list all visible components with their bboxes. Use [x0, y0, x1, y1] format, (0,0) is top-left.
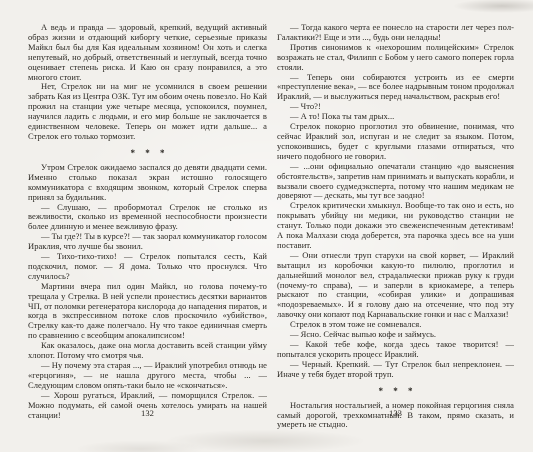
paragraph: — Ну почему эта старая ..., — Ираклий уп… — [28, 361, 267, 391]
section-separator: * * * — [28, 148, 267, 158]
paragraph: — Они отнесли труп старухи на свой корве… — [277, 251, 514, 320]
paragraph: Против синонимов к «нехорошим полицейски… — [277, 43, 514, 73]
paragraph: Утром Стрелок ожидаемо заспался до девят… — [28, 163, 267, 203]
paragraph: Нет, Стрелок ни на миг не усомнился в св… — [28, 82, 267, 141]
book-spread: А ведь и правда — здоровый, крепкий, вед… — [0, 0, 533, 452]
right-page: — Тогда какого черта ее понесло на старо… — [277, 23, 514, 423]
paragraph: Стрелок покорно проглотил это обвинение,… — [277, 122, 514, 162]
paragraph: Мартини вчера пил один Майкл, но голова … — [28, 282, 267, 341]
section-separator: * * * — [277, 386, 514, 396]
paragraph: — Тихо-тихо-тихо! — Стрелок попытался се… — [28, 252, 267, 282]
page-number: 133 — [277, 408, 514, 418]
paragraph: — ...они официально опечатали станцию «д… — [277, 162, 514, 202]
page-number: 132 — [28, 408, 267, 418]
page-text: А ведь и правда — здоровый, крепкий, вед… — [28, 23, 267, 420]
paragraph: — Ты где?! Ты в курсе?! — так заорал ком… — [28, 232, 267, 252]
paragraph: Как оказалось, даже она могла доставить … — [28, 341, 267, 361]
paragraph: — Слушаю, — пробормотал Стрелок не столь… — [28, 203, 267, 233]
left-page: А ведь и правда — здоровый, крепкий, вед… — [28, 23, 267, 423]
paragraph: — Черный. Крепкий. — Тут Стрелок был неп… — [277, 360, 514, 380]
paragraph: Стрелок критически хмыкнул. Вообще-то та… — [277, 201, 514, 251]
paragraph: — Тогда какого черта ее понесло на старо… — [277, 23, 514, 43]
paragraph: А ведь и правда — здоровый, крепкий, вед… — [28, 23, 267, 82]
page-text: — Тогда какого черта ее понесло на старо… — [277, 23, 514, 430]
paragraph: — Теперь они собираются устроить из ее с… — [277, 73, 514, 103]
paragraph: — Какой тебе кофе, когда здесь такое тво… — [277, 340, 514, 360]
